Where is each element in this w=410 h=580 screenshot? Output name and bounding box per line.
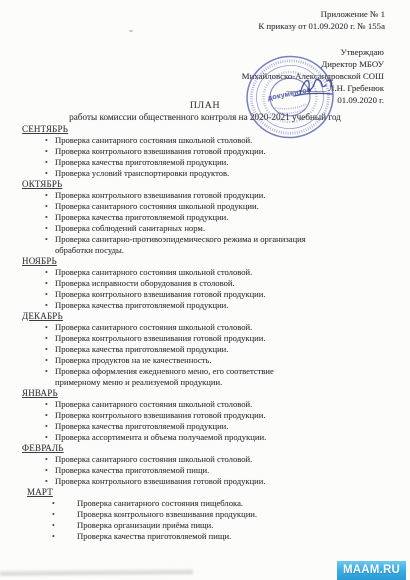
plan-item: Проверка оформления ежедневного меню, ег… — [55, 366, 307, 388]
plan-list: Проверка контрольного взвешивания готово… — [22, 190, 404, 256]
plan-item: Проверка качества приготовляемой продукц… — [55, 344, 307, 355]
month-section-november: НОЯБРЬ Проверка санитарного состояния шк… — [22, 256, 404, 311]
plan-item: Проверка качества приготовляемой продукц… — [55, 300, 307, 311]
plan-list: Проверка санитарного состояния школьной … — [22, 322, 404, 388]
approval-block: Утверждаю Директор МБОУ Михайловско-Алек… — [242, 46, 384, 106]
plan-item: Проверка санитарного состояния школьной … — [55, 201, 307, 212]
scan-speck — [129, 30, 133, 33]
plan-item: Проверка качества приготовляемой продукц… — [55, 212, 307, 223]
plan-item: Проверка контрольного взвешивания готово… — [55, 333, 307, 344]
plan-list: Проверка санитарного состояния школьной … — [22, 454, 404, 487]
plan-item: Проверка качества приготовляемой пищи. — [77, 531, 329, 542]
approval-line: Михайловско-Александровской СОШ — [242, 70, 384, 82]
plan-item: Проверка организации приёма пищи. — [77, 520, 329, 531]
plan-item: Проверка санитарного состояния школьной … — [55, 135, 307, 146]
month-header: МАРТ — [27, 487, 404, 498]
plan-list: Проверка санитарного состояния пищеблока… — [22, 498, 404, 542]
month-section-march: МАРТ Проверка санитарного состояния пище… — [22, 487, 404, 542]
plan-item: Проверка контрольного взвешивания готово… — [55, 289, 307, 300]
plan-list: Проверка санитарного состояния школьной … — [22, 267, 404, 311]
appendix-line: К приказу от 01.09.2020 г. № 155а — [258, 20, 385, 32]
plan-item: Проверка санитарного состояния школьной … — [55, 399, 307, 410]
page-title: ПЛАН — [0, 100, 410, 112]
document-page: Приложение № 1 К приказу от 01.09.2020 г… — [0, 0, 410, 580]
plan-sections: СЕНТЯБРЬ Проверка санитарного состояния … — [22, 124, 404, 542]
month-header: ЯНВАРЬ — [22, 388, 404, 399]
approval-line: Директор МБОУ — [242, 58, 384, 70]
plan-item: Проверка санитарного состояния школьной … — [55, 454, 307, 465]
plan-item: Проверка контрольного взвешивания готово… — [55, 190, 307, 201]
plan-item: Проверка санитарно-противоэпидемического… — [55, 234, 307, 256]
page-subtitle: работы комиссии общественного контроля н… — [0, 112, 410, 124]
plan-item: Проверка контрольного взвешивания продук… — [77, 509, 329, 520]
month-header: ОКТЯБРЬ — [22, 179, 404, 190]
plan-item: Проверка исправности оборудования в стол… — [55, 278, 307, 289]
plan-item: Проверка санитарного состояния школьной … — [55, 267, 307, 278]
plan-item: Проверка качества приготовляемой продукц… — [55, 157, 307, 168]
plan-item: Проверка соблюдений санитарных норм. — [55, 223, 307, 234]
approval-signature-line: _________ Л.Н. Гребенюк — [242, 82, 384, 94]
plan-item: Проверка контрольного взвешивания готово… — [55, 410, 307, 421]
appendix-line: Приложение № 1 — [258, 8, 385, 20]
plan-item: Проверка качества приготовляемой пищи. — [55, 465, 307, 476]
plan-item: Проверка контрольного взвешивания готово… — [55, 146, 307, 157]
month-section-december: ДЕКАБРЬ Проверка санитарного состояния ш… — [22, 311, 404, 388]
plan-item: Проверка условий транспортировки продукт… — [55, 168, 307, 179]
month-header: НОЯБРЬ — [22, 256, 404, 267]
plan-list: Проверка санитарного состояния школьной … — [22, 399, 404, 443]
month-header: СЕНТЯБРЬ — [22, 124, 404, 135]
month-section-february: ФЕВРАЛЬ Проверка санитарного состояния ш… — [22, 443, 404, 487]
month-section-october: ОКТЯБРЬ Проверка контрольного взвешивани… — [22, 179, 404, 256]
month-section-september: СЕНТЯБРЬ Проверка санитарного состояния … — [22, 124, 404, 179]
month-header: ДЕКАБРЬ — [22, 311, 404, 322]
plan-item: Проверка качества приготовляемой продукц… — [55, 421, 307, 432]
appendix-block: Приложение № 1 К приказу от 01.09.2020 г… — [258, 8, 385, 33]
maam-watermark: MAAM.RU — [337, 561, 406, 580]
plan-list: Проверка санитарного состояния школьной … — [22, 135, 404, 179]
scan-edge-artifact — [0, 569, 193, 576]
plan-item: Проверка санитарного состояния школьной … — [55, 322, 307, 333]
title-block: ПЛАН работы комиссии общественного контр… — [0, 100, 410, 124]
month-section-january: ЯНВАРЬ Проверка санитарного состояния шк… — [22, 388, 404, 443]
plan-item: Проверка продуктов на не качественность. — [55, 355, 307, 366]
plan-item: Проверка контрольного взвешивания готово… — [55, 476, 307, 487]
plan-item: Проверка ассортимента и объема получаемо… — [55, 432, 307, 443]
month-header: ФЕВРАЛЬ — [22, 443, 404, 454]
approval-line: Утверждаю — [242, 46, 384, 58]
plan-item: Проверка санитарного состояния пищеблока… — [77, 498, 329, 509]
